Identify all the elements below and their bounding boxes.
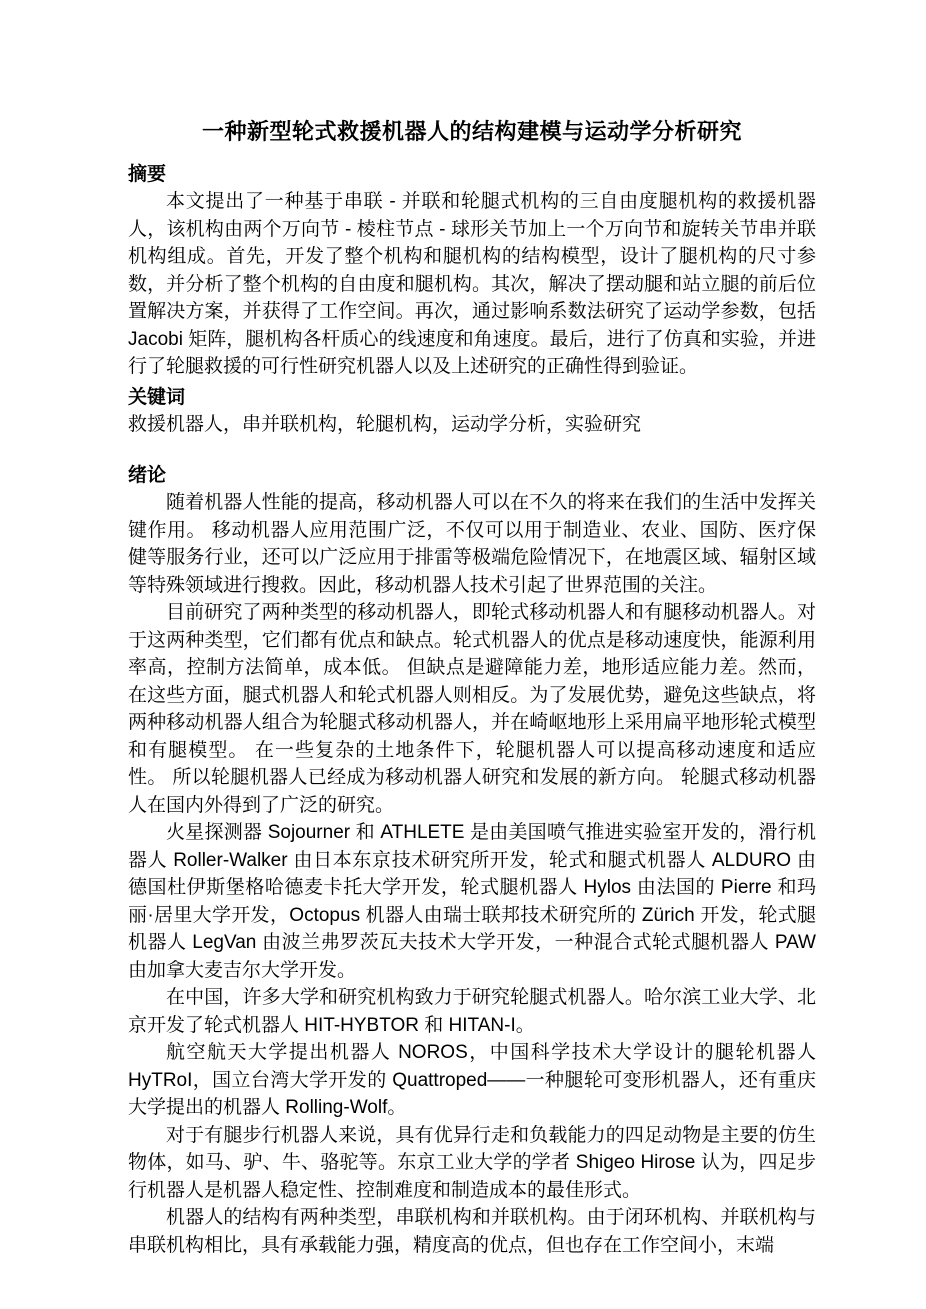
abstract-paragraph: 本文提出了一种基于串联 - 并联和轮腿式机构的三自由度腿机构的救援机器人，该机构… [128,188,816,381]
introduction-heading: 绪论 [128,463,816,489]
keywords-heading: 关键词 [128,385,816,411]
intro-paragraph-7: 机器人的结构有两种类型，串联机构和并联机构。由于闭环机构、并联机构与串联机构相比… [128,1204,816,1259]
intro-paragraph-2: 目前研究了两种类型的移动机器人，即轮式移动机器人和有腿移动机器人。对于这两种类型… [128,599,816,819]
abstract-heading: 摘要 [128,162,816,188]
intro-paragraph-4: 在中国，许多大学和研究机构致力于研究轮腿式机器人。哈尔滨工业大学、北京开发了轮式… [128,984,816,1039]
document-page: 一种新型轮式救援机器人的结构建模与运动学分析研究 摘要 本文提出了一种基于串联 … [0,0,926,1309]
section-abstract: 摘要 本文提出了一种基于串联 - 并联和轮腿式机构的三自由度腿机构的救援机器人，… [128,162,816,381]
intro-paragraph-5: 航空航天大学提出机器人 NOROS，中国科学技术大学设计的腿轮机器人 HyTRo… [128,1039,816,1122]
intro-paragraph-3: 火星探测器 Sojourner 和 ATHLETE 是由美国喷气推进实验室开发的… [128,819,816,984]
page-title: 一种新型轮式救援机器人的结构建模与运动学分析研究 [128,116,816,148]
section-introduction: 绪论 随着机器人性能的提高，移动机器人可以在不久的将来在我们的生活中发挥关键作用… [128,463,816,1259]
intro-paragraph-1: 随着机器人性能的提高，移动机器人可以在不久的将来在我们的生活中发挥关键作用。 移… [128,489,816,599]
intro-paragraph-6: 对于有腿步行机器人来说，具有优异行走和负载能力的四足动物是主要的仿生物体，如马、… [128,1122,816,1205]
keywords-list: 救援机器人，串并联机构，轮腿机构，运动学分析，实验研究 [128,411,816,439]
section-keywords: 关键词 救援机器人，串并联机构，轮腿机构，运动学分析，实验研究 [128,385,816,439]
